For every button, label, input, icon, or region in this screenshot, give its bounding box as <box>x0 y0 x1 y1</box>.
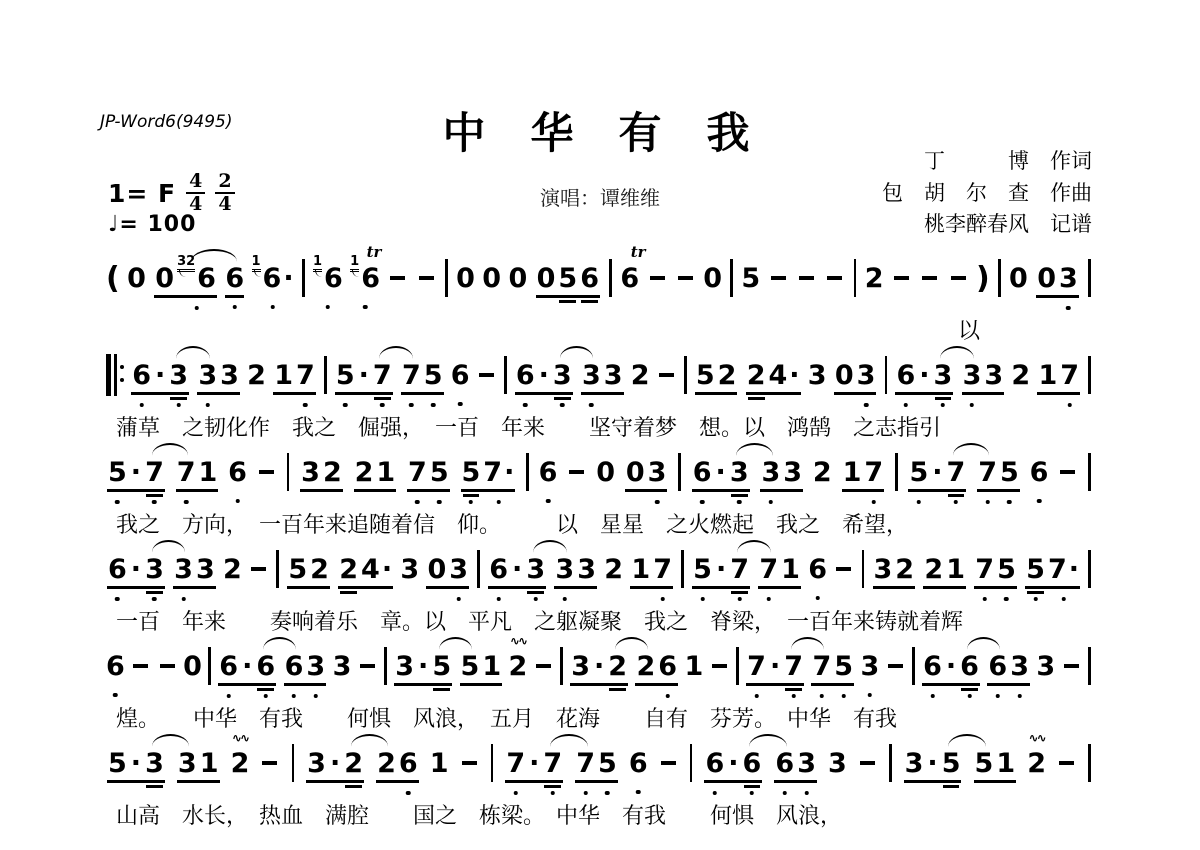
beamed-group: 33 <box>196 359 241 391</box>
note-digit: 6 <box>225 265 244 292</box>
note-digit: 3 <box>857 362 876 389</box>
notation-row: 5·771632217557·60036·3332175·7756 <box>106 444 1092 500</box>
note-digit: 6 <box>324 265 343 292</box>
note-digit: 5 <box>942 750 961 777</box>
note: 1 <box>996 747 1015 779</box>
note: 6 <box>106 650 125 682</box>
note-digit: 5 <box>461 653 480 680</box>
score-area: (00326616·161tr6000056tr6052)003以6·33321… <box>106 250 1092 832</box>
note: 6 <box>451 359 470 391</box>
octave-dot-below <box>737 500 742 505</box>
note-digit: 3 <box>145 750 164 777</box>
note: 6 <box>896 359 915 391</box>
note-digit: 3 <box>761 459 780 486</box>
note: 3 <box>395 650 414 682</box>
octave-dot-below <box>750 791 755 796</box>
note-digit: 3 <box>555 556 574 583</box>
note-digit: 2 <box>865 265 884 292</box>
beamed-group: 17 <box>272 359 317 391</box>
beamed-group: 3·2 <box>569 650 629 682</box>
augmentation-dot: · <box>155 360 165 391</box>
extra-underline <box>433 688 450 691</box>
duration-dash <box>836 567 851 571</box>
beamed-group: 33 <box>580 359 625 391</box>
duration-dash <box>479 373 494 377</box>
duration-dash <box>569 470 584 474</box>
note-digit: 4 <box>769 362 788 389</box>
extra-underline <box>170 397 187 400</box>
duration-dash <box>1064 664 1079 668</box>
extra-underline <box>581 300 598 303</box>
extra-underline <box>544 785 561 788</box>
augmentation-dot: · <box>512 554 522 585</box>
octave-dot-below <box>270 305 275 310</box>
octave-dot-below <box>563 597 568 602</box>
note: 2 <box>310 553 329 585</box>
time-signature-1: 4 4 <box>186 172 205 214</box>
note-digit: 0 <box>482 265 501 292</box>
augmentation-dot: · <box>359 360 369 391</box>
beamed-group: 5·7 <box>106 456 166 488</box>
note: 5 <box>424 359 443 391</box>
note-digit: 3 <box>874 556 893 583</box>
beamed-group: 5·7 <box>907 456 967 488</box>
duration-dash <box>661 761 676 765</box>
augmentation-dot: · <box>504 459 514 486</box>
note-digit: 6 <box>219 653 238 680</box>
note-digit: 3 <box>174 556 193 583</box>
note-digit: 3 <box>828 750 847 777</box>
note: 6 <box>580 262 599 294</box>
note-digit: 3 <box>648 459 667 486</box>
extra-underline <box>744 785 761 788</box>
note-digit: 2 <box>718 362 737 389</box>
note-digit: 6 <box>228 459 247 486</box>
note: 2 <box>747 359 766 391</box>
note-digit: 6 <box>285 653 304 680</box>
note-digit: 2 <box>1027 750 1046 777</box>
note-digit: 7 <box>1060 362 1079 389</box>
note-digit: 5 <box>424 362 443 389</box>
octave-dot-below <box>583 791 588 796</box>
octave-dot-below <box>864 403 869 408</box>
note: 6 <box>923 650 942 682</box>
octave-dot-below <box>551 791 556 796</box>
barline <box>384 647 387 685</box>
note-digit: 6 <box>775 750 794 777</box>
note: 7 <box>864 456 883 488</box>
note-digit: 2 <box>1011 362 1030 389</box>
note-digit: 3 <box>604 362 623 389</box>
note: 0 <box>703 262 722 294</box>
extra-underline <box>731 591 748 594</box>
extra-underline <box>961 688 978 691</box>
credits-block: 丁 博 作词 包 胡 尔 查 作曲 桃李醉春风 记谱 <box>882 146 1092 241</box>
beamed-group: 6·3 <box>130 359 190 391</box>
duration-dash <box>133 664 148 668</box>
barline <box>302 259 305 297</box>
note: 6 <box>225 262 244 294</box>
note-digit: 5 <box>909 459 928 486</box>
note: 6 <box>539 456 558 488</box>
note-digit: 2 <box>339 556 358 583</box>
note: 2 <box>865 262 884 294</box>
note: 2 <box>636 650 655 682</box>
note-digit: 5 <box>432 653 451 680</box>
note: 5 <box>336 359 355 391</box>
note-digit: 6 <box>132 362 151 389</box>
barline <box>895 453 898 491</box>
note-digit: 3 <box>553 362 572 389</box>
barline <box>854 259 857 297</box>
note-digit: 7 <box>483 459 502 486</box>
note: ∿∿2 <box>509 650 528 682</box>
octave-dot-below <box>184 500 189 505</box>
note-digit: 0 <box>1009 265 1028 292</box>
note: 5 <box>942 747 961 779</box>
note: 5 <box>693 553 712 585</box>
note: 3 <box>333 650 352 682</box>
duration-dash <box>951 276 966 280</box>
note: 3 <box>1036 650 1055 682</box>
octave-dot-below <box>804 791 809 796</box>
barline <box>445 259 448 297</box>
note: 7 <box>296 359 315 391</box>
note: 7 <box>759 553 778 585</box>
note-digit: 3 <box>220 362 239 389</box>
note: 1tr6 <box>350 262 380 294</box>
note: 6 <box>399 747 418 779</box>
note-digit: 5 <box>741 265 760 292</box>
beamed-group: 6·3 <box>106 553 166 585</box>
octave-dot-below <box>1037 499 1042 504</box>
note: 7 <box>373 359 392 391</box>
note-digit: 3 <box>963 362 982 389</box>
note-digit: 2 <box>377 750 396 777</box>
barline <box>560 647 563 685</box>
note: 2 <box>608 650 627 682</box>
note-digit: 6 <box>620 265 639 292</box>
note: 5 <box>432 650 451 682</box>
score-system: 5·331∿∿23·22617·77566·66333·551∿∿2山高 水长，… <box>106 735 1092 832</box>
duration-dash <box>888 664 903 668</box>
note: 3 <box>577 553 596 585</box>
note-digit: 6 <box>988 653 1007 680</box>
note-digit: 7 <box>947 459 966 486</box>
note-digit: 1 <box>685 653 704 680</box>
note: 3 <box>174 553 193 585</box>
note: 1 <box>430 747 449 779</box>
augmentation-dot: · <box>131 554 141 585</box>
note: 1 <box>685 650 704 682</box>
note-digit: 7 <box>296 362 315 389</box>
repeat-dot <box>120 365 124 369</box>
barline <box>885 356 888 394</box>
octave-dot-below <box>700 500 705 505</box>
beamed-group: 63 <box>986 650 1031 682</box>
beamed-group: 21 <box>922 553 967 585</box>
extra-underline <box>748 397 765 400</box>
beamed-group: 7·7 <box>504 747 564 779</box>
extra-underline <box>146 785 163 788</box>
augmentation-dot: · <box>418 651 428 682</box>
note: 3 <box>449 553 468 585</box>
note: 7 <box>975 553 994 585</box>
key-signature: 1= F 4 4 2 4 <box>108 172 235 214</box>
note: 1 <box>843 456 862 488</box>
beamed-group: 24· <box>337 553 394 585</box>
note: 3 <box>761 456 780 488</box>
duration-dash <box>771 276 786 280</box>
lyrics-row: 山高 水长， 热血 满腔 国之 栋梁。 中华 有我 何惧 风浪， <box>106 791 1092 840</box>
note-digit: 5 <box>693 556 712 583</box>
slur-arc <box>791 637 824 652</box>
note: 5 <box>462 456 481 488</box>
octave-dot-below <box>1066 306 1071 311</box>
barline <box>1088 744 1091 782</box>
score-system: 5·771632217557·60036·3332175·7756我之 方向， … <box>106 444 1092 541</box>
note-digit: 2 <box>344 750 363 777</box>
augmentation-dot: · <box>594 651 604 682</box>
octave-dot-below <box>1004 597 1009 602</box>
note-digit: 6 <box>197 265 216 292</box>
parenthesis: ( <box>106 261 120 296</box>
note-digit: 1 <box>199 459 218 486</box>
grace-hook <box>179 270 187 277</box>
slur-arc <box>351 734 389 749</box>
extra-underline <box>943 785 960 788</box>
note: 2 <box>895 553 914 585</box>
beamed-group: 75 <box>973 553 1018 585</box>
augmentation-dot: · <box>242 651 252 682</box>
beamed-group: 3·2 <box>305 747 365 779</box>
beamed-group: 32 <box>872 553 917 585</box>
duration-dash <box>799 276 814 280</box>
duration-dash <box>1059 761 1074 765</box>
note: 2 <box>1011 359 1030 391</box>
score-system: (00326616·161tr6000056tr6052)003以 <box>106 250 1092 347</box>
augmentation-dot: · <box>330 748 340 779</box>
note: 7 <box>784 650 803 682</box>
beamed-group: 63 <box>283 650 328 682</box>
grace-note: 1 <box>313 255 322 272</box>
note: 1 <box>781 553 800 585</box>
lyricist-credit: 丁 博 作词 <box>882 146 1092 178</box>
note-digit: 6 <box>960 653 979 680</box>
note-digit: 5 <box>834 653 853 680</box>
note: 3 <box>145 747 164 779</box>
augmentation-dot: · <box>932 457 942 488</box>
beamed-group: 6·6 <box>703 747 763 779</box>
barline <box>730 259 733 297</box>
octave-dot-below <box>820 694 825 699</box>
note-digit: 6 <box>361 265 380 292</box>
grace-hook <box>352 270 360 277</box>
note-digit: 3 <box>582 362 601 389</box>
note: 6 <box>285 650 304 682</box>
barline <box>736 647 739 685</box>
note-digit: 2 <box>604 556 623 583</box>
note-digit: 7 <box>402 362 421 389</box>
note-digit: 0 <box>127 265 146 292</box>
note-digit: 6 <box>743 750 762 777</box>
barline <box>1088 259 1091 297</box>
note-digit: 3 <box>730 459 749 486</box>
barline <box>1088 453 1091 491</box>
beamed-group: 056 <box>535 262 601 294</box>
note: 2 <box>323 456 342 488</box>
octave-dot-below <box>152 500 157 505</box>
beamed-group: 63 <box>773 747 818 779</box>
barline <box>998 259 1001 297</box>
sheet-music-page: JP-Word6(9495) 中 华 有 我 演唱：谭维维 1= F 4 4 2… <box>0 0 1200 850</box>
key-label: 1= F <box>108 179 176 208</box>
note: 6 <box>489 553 508 585</box>
note-digit: 2 <box>310 556 329 583</box>
beamed-group: 33 <box>172 553 217 585</box>
note: 3 <box>808 359 827 391</box>
beamed-group: 24· <box>745 359 802 391</box>
note: 3 <box>555 553 574 585</box>
note: 6 <box>256 650 275 682</box>
note: 4· <box>769 359 800 391</box>
note-digit: 3 <box>934 362 953 389</box>
octave-dot-below <box>1033 597 1038 602</box>
note: 3 <box>934 359 953 391</box>
note: 7 <box>576 747 595 779</box>
octave-dot-below <box>636 790 641 795</box>
note: 0 <box>1037 262 1056 294</box>
note-digit: 5 <box>975 750 994 777</box>
note-digit: 1 <box>996 750 1015 777</box>
beamed-group: 6·3 <box>691 456 751 488</box>
beamed-group: 31 <box>176 747 221 779</box>
duration-dash <box>659 373 674 377</box>
note: 2 <box>813 456 832 488</box>
octave-dot-below <box>954 500 959 505</box>
barline <box>1088 356 1091 394</box>
note: 6 <box>132 359 151 391</box>
barline <box>912 647 915 685</box>
note-digit: 7 <box>864 459 883 486</box>
note: 7 <box>145 456 164 488</box>
note-digit: 6 <box>108 556 127 583</box>
beamed-group: 3·5 <box>903 747 963 779</box>
slur-arc <box>550 734 588 749</box>
note: 6 <box>693 456 712 488</box>
note-digit: 3 <box>984 362 1003 389</box>
beamed-group: 71 <box>757 553 802 585</box>
octave-dot-below <box>496 597 501 602</box>
slur-arc <box>736 443 772 458</box>
note: 5 <box>598 747 617 779</box>
duration-dash <box>462 761 477 765</box>
note: 7 <box>177 456 196 488</box>
score-system: 6·33325224·3036·3332175·771632217557·一百 … <box>106 541 1092 638</box>
mordent-mark: ∿∿ <box>1029 732 1045 744</box>
note: 5 <box>997 553 1016 585</box>
note-digit: 5 <box>696 362 715 389</box>
octave-dot-below <box>917 500 922 505</box>
octave-dot-below <box>264 694 269 699</box>
note: 6 <box>775 747 794 779</box>
octave-dot-below <box>985 500 990 505</box>
augmentation-dot: · <box>946 651 956 682</box>
octave-dot-below <box>115 597 120 602</box>
barline <box>889 744 892 782</box>
octave-dot-below <box>458 402 463 407</box>
note: 7 <box>812 650 831 682</box>
score-system: 6·3332175·77566·33325224·3036·333217蒲草 之… <box>106 347 1092 444</box>
notation-row: (00326616·161tr6000056tr6052)003 <box>106 250 1092 306</box>
octave-dot-below <box>841 694 846 699</box>
slur-arc <box>967 637 1000 652</box>
note-digit: 3 <box>306 653 325 680</box>
note-digit: 3 <box>526 556 545 583</box>
barline <box>609 259 612 297</box>
note-digit: 2 <box>323 459 342 486</box>
barline <box>292 744 295 782</box>
slur-arc <box>615 637 648 652</box>
note: 0 <box>427 553 446 585</box>
note: 16· <box>252 262 294 294</box>
beamed-group: 33 <box>961 359 1006 391</box>
beamed-group: 17 <box>841 456 886 488</box>
note: 2 <box>355 456 374 488</box>
note-digit: 3 <box>1036 653 1055 680</box>
octave-dot-below <box>292 694 297 699</box>
octave-dot-below <box>1067 403 1072 408</box>
note: 6 <box>808 553 827 585</box>
note-digit: 0 <box>596 459 615 486</box>
beamed-group: 75 <box>406 456 451 488</box>
slur-arc <box>737 540 771 555</box>
octave-dot-below <box>967 694 972 699</box>
beamed-group: 57· <box>1024 553 1081 585</box>
beamed-group: 51 <box>459 650 504 682</box>
extra-underline <box>527 591 544 594</box>
note-digit: 0 <box>835 362 854 389</box>
beamed-group: 52 <box>694 359 739 391</box>
note: 3 <box>169 359 188 391</box>
notation-row: 6·3332175·77566·33325224·3036·333217 <box>106 347 1092 403</box>
beamed-group: 75 <box>810 650 855 682</box>
note: 6 <box>988 650 1007 682</box>
octave-dot-below <box>930 694 935 699</box>
octave-dot-below <box>655 500 660 505</box>
note-digit: 2 <box>895 556 914 583</box>
barline <box>504 356 507 394</box>
barline <box>862 550 865 588</box>
octave-dot-below <box>941 403 946 408</box>
score-system: 606·66333·551∿∿23·22617·77536·6633煌。 中华 … <box>106 638 1092 735</box>
note-digit: 3 <box>449 556 468 583</box>
note: 5 <box>975 747 994 779</box>
note: 5 <box>288 553 307 585</box>
octave-dot-below <box>363 305 368 310</box>
octave-dot-below <box>176 403 181 408</box>
note: 3 <box>196 553 215 585</box>
note-digit: 0 <box>456 265 475 292</box>
octave-dot-below <box>783 791 788 796</box>
note: 4· <box>361 553 392 585</box>
note-digit: 0 <box>508 265 527 292</box>
note: 3 <box>1059 262 1078 294</box>
extra-underline <box>785 688 802 691</box>
slur-arc <box>152 734 190 749</box>
notation-row: 606·66333·551∿∿23·22617·77536·6633 <box>106 638 1092 694</box>
beamed-group: 03 <box>425 553 470 585</box>
